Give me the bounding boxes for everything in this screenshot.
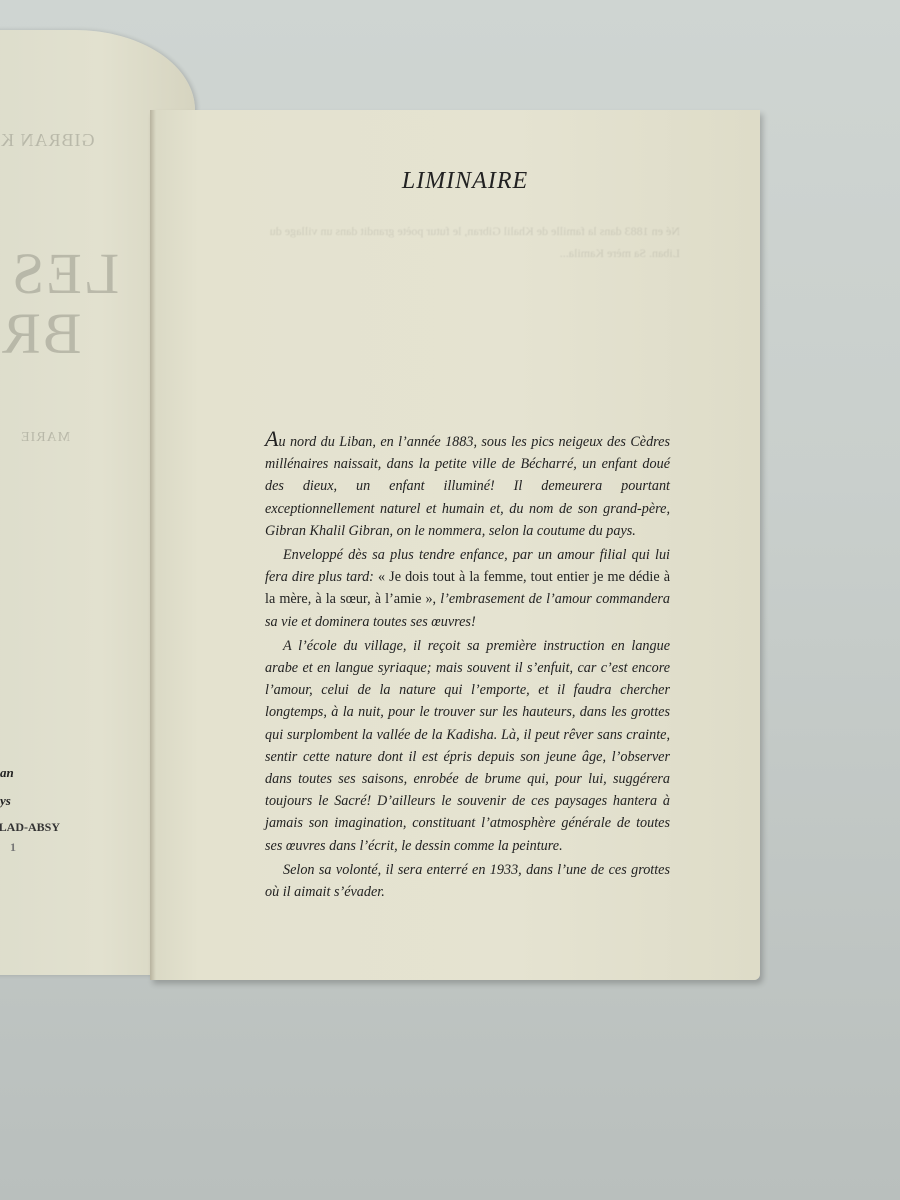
paragraph-3: A l’école du village, il reçoit sa premi…	[265, 635, 670, 857]
left-page-title-line2-mirrored: BR	[0, 300, 81, 367]
left-page-subtitle-mirrored: MARIE	[20, 430, 70, 446]
left-page-fragment: ys	[0, 793, 11, 809]
body-text: Au nord du Liban, en l’année 1883, sous …	[265, 428, 670, 905]
bleed-through-text: Né en 1883 dans la famille de Khalil Gib…	[260, 220, 680, 420]
left-page-title-line1-mirrored: LES	[10, 240, 119, 307]
left-page-fragment: ULAD-ABSY	[0, 820, 60, 835]
paragraph-text: u nord du Liban, en l’année 1883, sous l…	[265, 434, 670, 539]
paragraph-2: Enveloppé dès sa plus tendre enfance, pa…	[265, 544, 670, 633]
page-title: LIMINAIRE	[150, 168, 760, 195]
left-page-author-mirrored: GIBRAN K	[0, 130, 95, 151]
book-gutter	[150, 110, 156, 980]
paragraph-4: Selon sa volonté, il sera enterré en 193…	[265, 859, 670, 903]
left-page-fragment: an	[0, 765, 14, 781]
drop-cap: A	[265, 426, 278, 451]
right-page: Né en 1883 dans la famille de Khalil Gib…	[150, 110, 760, 980]
paragraph-1: Au nord du Liban, en l’année 1883, sous …	[265, 428, 670, 542]
left-page-fragment: 1	[10, 840, 16, 855]
